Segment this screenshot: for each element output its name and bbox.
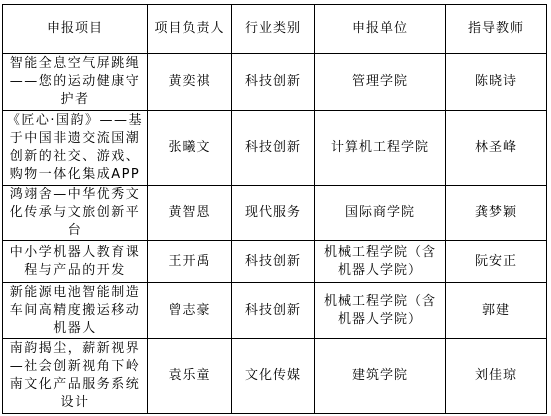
cell-advisor: 龚梦颖: [446, 186, 547, 241]
cell-leader: 黄智恩: [148, 186, 232, 241]
table-row: 南韵揭尘，薪新视界—社会创新视角下岭南文化产品服务系统设计 袁乐童 文化传媒 建…: [3, 339, 547, 414]
cell-category: 文化传媒: [232, 339, 315, 414]
table-header-row: 申报项目 项目负责人 行业类别 申报单位 指导教师: [3, 5, 547, 54]
header-category: 行业类别: [232, 5, 315, 54]
cell-advisor: 陈晓诗: [446, 54, 547, 111]
cell-advisor: 郭建: [446, 283, 547, 339]
cell-unit: 国际商学院: [315, 186, 446, 241]
cell-advisor: 阮安正: [446, 241, 547, 283]
cell-leader: 曾志豪: [148, 283, 232, 339]
cell-leader: 袁乐童: [148, 339, 232, 414]
table-row: 智能全息空气屏跳绳——您的运动健康守护者 黄奕祺 科技创新 管理学院 陈晓诗: [3, 54, 547, 111]
cell-advisor: 刘佳琼: [446, 339, 547, 414]
cell-category: 科技创新: [232, 283, 315, 339]
cell-advisor: 林圣峰: [446, 111, 547, 186]
cell-category: 现代服务: [232, 186, 315, 241]
cell-project: 南韵揭尘，薪新视界—社会创新视角下岭南文化产品服务系统设计: [3, 339, 148, 414]
cell-project: 新能源电池智能制造车间高精度搬运移动机器人: [3, 283, 148, 339]
header-unit: 申报单位: [315, 5, 446, 54]
cell-leader: 黄奕祺: [148, 54, 232, 111]
cell-unit: 机械工程学院（含机器人学院）: [315, 283, 446, 339]
table-row: 新能源电池智能制造车间高精度搬运移动机器人 曾志豪 科技创新 机械工程学院（含机…: [3, 283, 547, 339]
cell-unit: 计算机工程学院: [315, 111, 446, 186]
header-advisor: 指导教师: [446, 5, 547, 54]
table-row: 鸿翊舍—中华优秀文化传承与文旅创新平台 黄智恩 现代服务 国际商学院 龚梦颖: [3, 186, 547, 241]
table-row: 中小学机器人教育课程与产品的开发 王开禹 科技创新 机械工程学院（含机器人学院）…: [3, 241, 547, 283]
header-project: 申报项目: [3, 5, 148, 54]
cell-project: 鸿翊舍—中华优秀文化传承与文旅创新平台: [3, 186, 148, 241]
cell-project: 中小学机器人教育课程与产品的开发: [3, 241, 148, 283]
project-table: 申报项目 项目负责人 行业类别 申报单位 指导教师 智能全息空气屏跳绳——您的运…: [2, 4, 547, 414]
cell-leader: 王开禹: [148, 241, 232, 283]
table-row: 《匠心·国韵》——基于中国非遗交流国潮创新的社交、游戏、购物一体化集成APP 张…: [3, 111, 547, 186]
cell-leader: 张曦文: [148, 111, 232, 186]
cell-unit: 管理学院: [315, 54, 446, 111]
cell-category: 科技创新: [232, 111, 315, 186]
cell-unit: 机械工程学院（含机器人学院）: [315, 241, 446, 283]
header-leader: 项目负责人: [148, 5, 232, 54]
cell-project: 《匠心·国韵》——基于中国非遗交流国潮创新的社交、游戏、购物一体化集成APP: [3, 111, 148, 186]
cell-project: 智能全息空气屏跳绳——您的运动健康守护者: [3, 54, 148, 111]
cell-category: 科技创新: [232, 241, 315, 283]
cell-category: 科技创新: [232, 54, 315, 111]
cell-unit: 建筑学院: [315, 339, 446, 414]
